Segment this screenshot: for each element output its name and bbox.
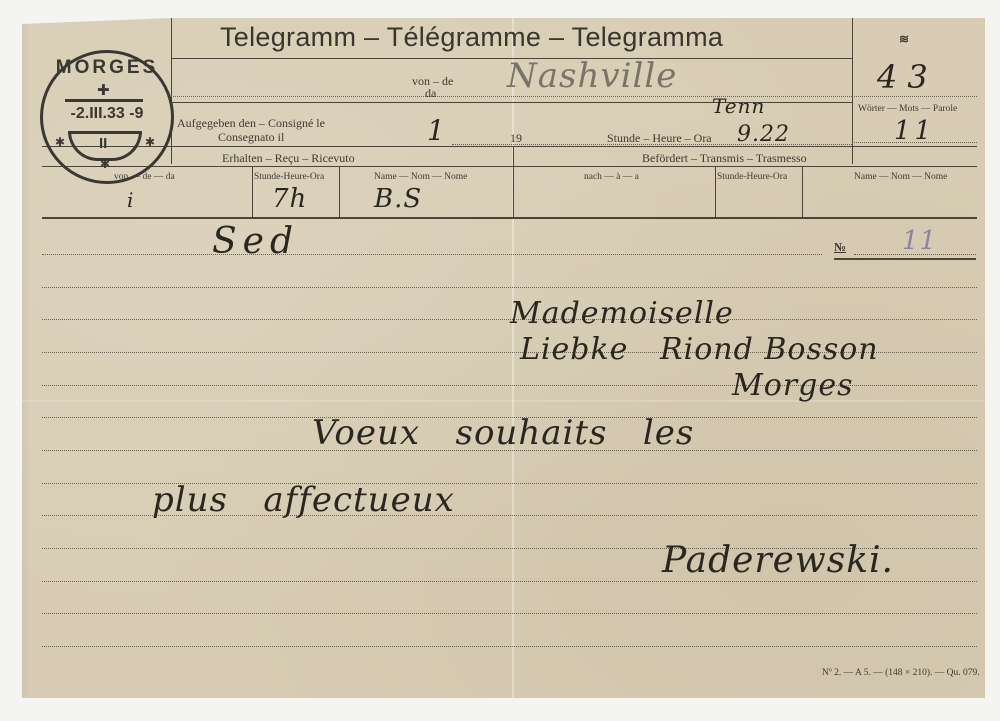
forwarded-col-name: Name — Nom — Nome [854, 172, 947, 182]
form-title: Telegramm – Télégramme – Telegramma [220, 22, 723, 53]
erhalten-label: Erhalten – Reçu – Ricevuto [222, 151, 355, 166]
message-line [42, 287, 977, 288]
message-line [42, 613, 977, 614]
handwritten-received-from: i [127, 188, 134, 212]
befordert-label: Befördert – Transmis – Trasmesso [642, 151, 807, 166]
received-forwarded-divider [513, 146, 514, 218]
received-col-name: Name — Nom — Nome [374, 172, 467, 182]
star-icon: ✱ [100, 157, 110, 171]
aufgegeben-label: Aufgegeben den – Consigné le [177, 116, 325, 131]
corner-mark-icon: ≋ [899, 32, 909, 47]
serial-dotted-line [852, 96, 977, 97]
erhalten-row-line [42, 166, 977, 167]
handwritten-time: 9.22 [737, 122, 790, 147]
handwritten-message-line-1: Voeux souhaits les [312, 413, 694, 453]
handwritten-addressee-town: Morges [732, 368, 853, 403]
table-bottom-line [42, 217, 977, 219]
stamp-office: MORGES [43, 57, 171, 79]
stunde-label: Stunde – Heure – Ora [607, 131, 712, 146]
message-line [42, 646, 977, 647]
handwritten-message-line-2: plus affectueux [152, 480, 455, 520]
words-label: Wörter — Mots — Parole [858, 104, 957, 114]
message-line [42, 581, 977, 582]
forwarded-col-to: nach — à — a [584, 172, 639, 182]
handwritten-origin: Nashville [507, 56, 677, 96]
handwritten-origin-note: Tenn [712, 94, 765, 118]
number-underline [834, 258, 976, 260]
handwritten-addressee-name: Liebke Riond Bosson [520, 332, 879, 367]
handwritten-day: 1 [427, 114, 446, 147]
forwarded-col-divider-1 [715, 166, 716, 218]
star-icon: ✱ [145, 135, 155, 149]
stamp-bar [65, 99, 143, 102]
received-col-hour: Stunde-Heure-Ora [254, 172, 324, 182]
handwritten-received-name: B.S [374, 184, 422, 214]
swiss-cross-icon: ✚ [97, 81, 110, 99]
handwritten-received-hour: 7h [272, 184, 307, 214]
fold-crease-vertical [512, 18, 514, 698]
forwarded-col-divider-2 [802, 166, 803, 218]
message-line [42, 254, 822, 255]
header-divider-left [171, 18, 172, 164]
aufgegeben-row-line [42, 146, 977, 147]
received-col-divider-1 [252, 166, 253, 218]
handwritten-addressee-title: Mademoiselle [510, 296, 734, 331]
handwritten-signature: Paderewski. [662, 540, 894, 581]
handwritten-telegram-number: 11 [902, 226, 937, 256]
consegnato-label: Consegnato il [218, 130, 284, 145]
stamp-date: -2.III.33 -9 [61, 105, 153, 123]
star-icon: ✱ [55, 135, 65, 149]
handwritten-serial: 43 [877, 58, 938, 96]
received-col-divider-2 [339, 166, 340, 218]
von-label-it: da [425, 86, 436, 101]
year-prefix: 19 [510, 131, 522, 146]
handwritten-word-count: 11 [894, 116, 935, 146]
stamp-number: II [99, 135, 107, 152]
footer-form-code: Nº 2. — A 5. — (148 × 210). — Qu. 079. [822, 668, 980, 678]
number-label: № [834, 240, 846, 255]
handwritten-service-mark: Sed [212, 221, 299, 262]
forwarded-col-hour: Stunde-Heure-Ora [717, 172, 787, 182]
postmark-stamp: MORGES ✚ -2.III.33 -9 II ✱ ✱ ✱ [40, 50, 174, 184]
